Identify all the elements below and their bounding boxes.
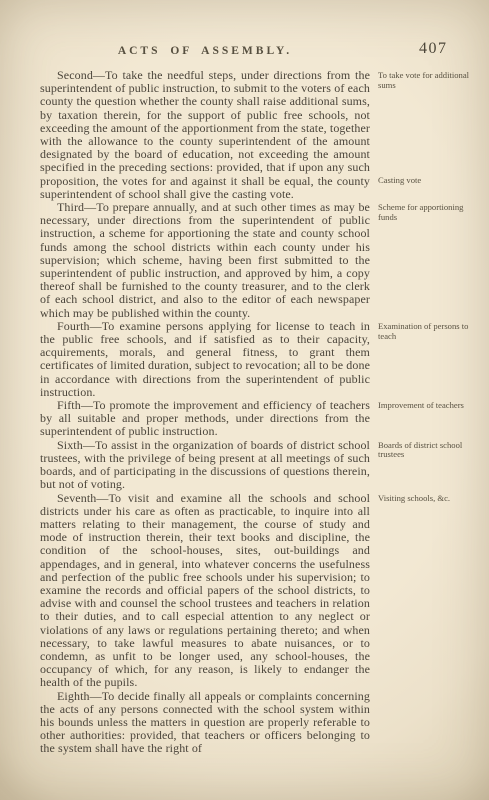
paragraph-block-second: Second—To take the needful steps, under … [40, 69, 370, 201]
page-number: 407 [419, 40, 448, 58]
running-header-title: ACTS OF ASSEMBLY. [40, 45, 370, 57]
paragraph-sixth: Sixth—To assist in the organization of b… [40, 439, 370, 492]
margin-note-casting-vote: Casting vote [378, 176, 484, 186]
paragraph-block-fifth: Fifth—To promote the improvement and eff… [40, 399, 370, 439]
paragraph-block-fourth: Fourth—To examine persons applying for l… [40, 320, 370, 399]
paragraph-block-seventh: Seventh—To visit and examine all the sch… [40, 492, 370, 690]
scanned-book-page: ACTS OF ASSEMBLY. 407 Second—To take the… [0, 0, 489, 800]
paragraph-eighth: Eighth—To decide finally all appeals or … [40, 690, 370, 756]
paragraph-third: Third—To prepare annually, and at such o… [40, 201, 370, 320]
paragraph-second: Second—To take the needful steps, under … [40, 69, 370, 201]
paragraph-fifth: Fifth—To promote the improvement and eff… [40, 399, 370, 439]
paragraph-block-third: Third—To prepare annually, and at such o… [40, 201, 370, 320]
page-body: Second—To take the needful steps, under … [40, 69, 370, 756]
margin-note-additional-sums: To take vote for additional sums [378, 71, 484, 91]
paragraph-fourth: Fourth—To examine persons applying for l… [40, 320, 370, 399]
margin-note-improvement-teachers: Improvement of teachers [378, 401, 484, 411]
margin-note-boards-trustees: Boards of district school trustees [378, 441, 484, 461]
paragraph-seventh: Seventh—To visit and examine all the sch… [40, 492, 370, 690]
margin-note-examination: Examination of persons to teach [378, 322, 484, 342]
margin-note-apportioning-funds: Scheme for apportioning funds [378, 203, 484, 223]
paragraph-block-eighth: Eighth—To decide finally all appeals or … [40, 690, 370, 756]
paragraph-block-sixth: Sixth—To assist in the organization of b… [40, 439, 370, 492]
margin-note-visiting-schools: Visiting schools, &c. [378, 494, 484, 504]
